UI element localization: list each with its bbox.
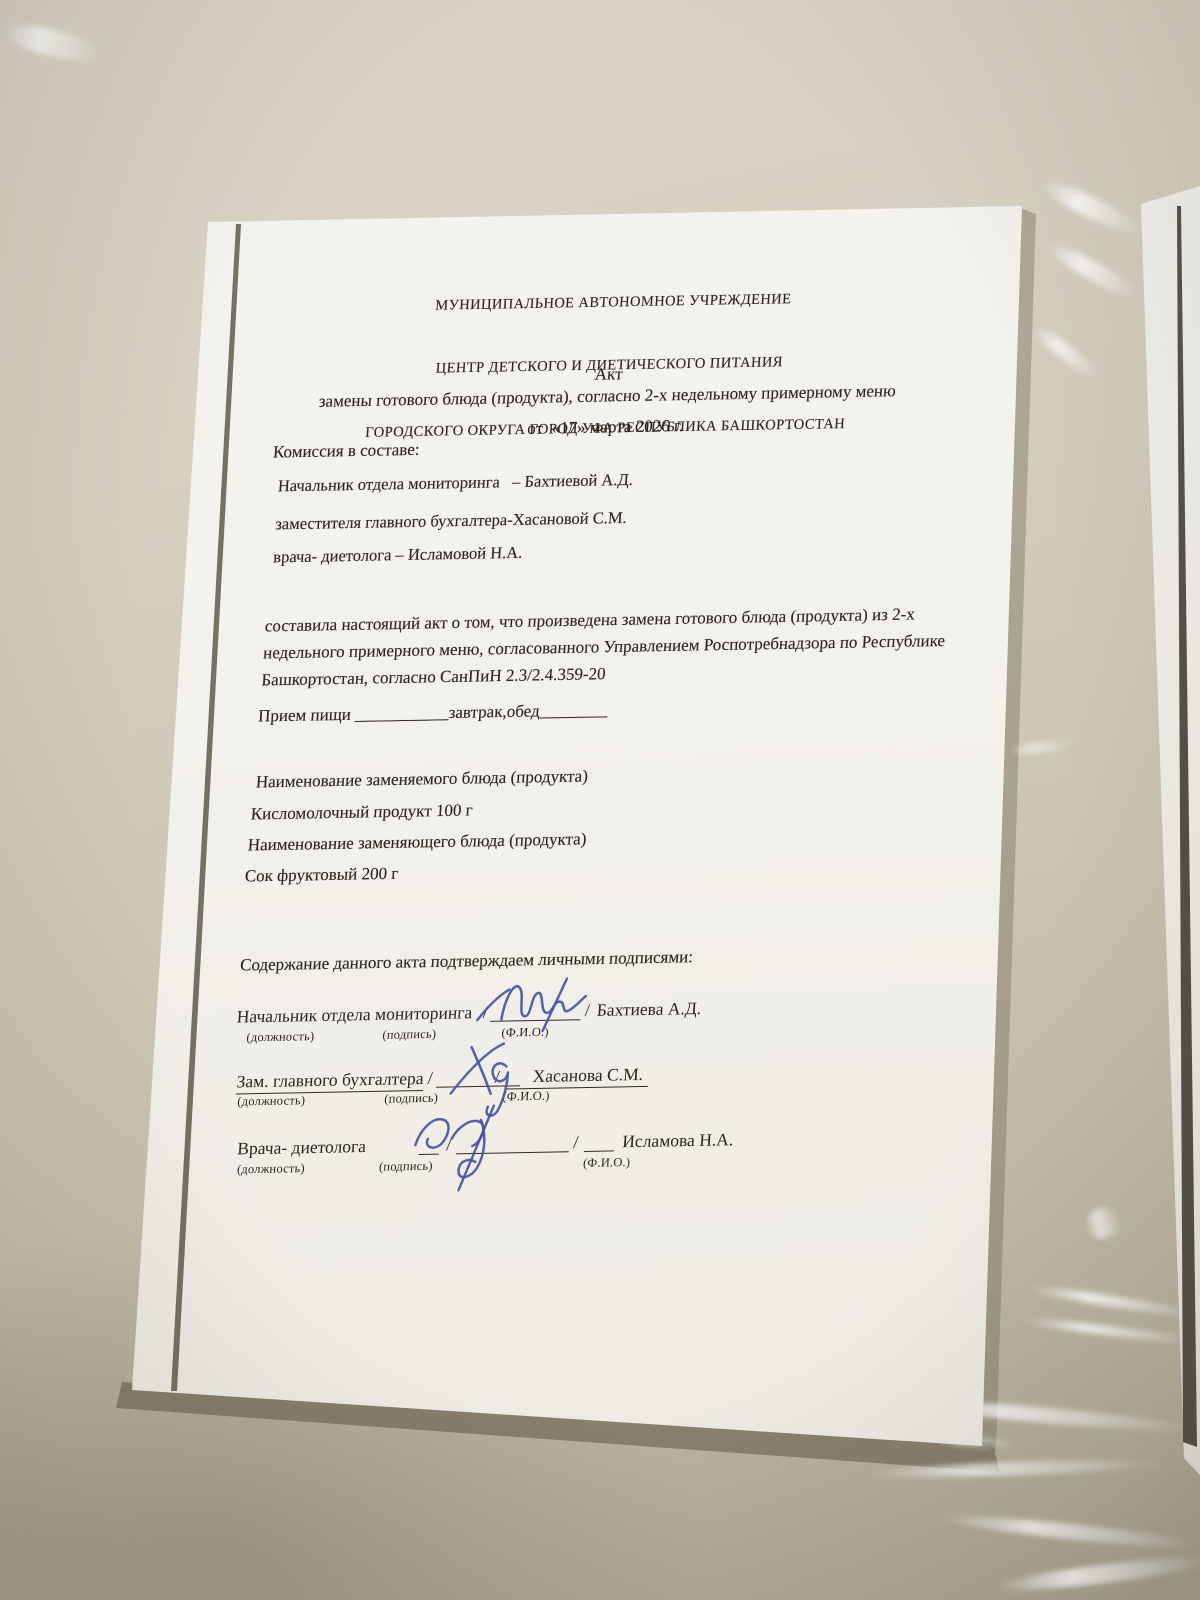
signature-position-label: Зам. главного бухгалтера	[236, 1068, 424, 1094]
signature-position-label: Врача- диетолога	[237, 1136, 367, 1159]
photo-scene: { "scene": { "colors": { "table": "#cfc8…	[0, 0, 1200, 1600]
signature-row: Начальник отдела мониторинга / / Бахтиев…	[230, 993, 954, 1068]
confirmation-line: Содержание данного акта подтверждаем лич…	[240, 947, 694, 975]
signature-caption: (подпись)	[382, 1027, 437, 1043]
body-paragraph: составила настоящий акт о том, что произ…	[261, 600, 960, 694]
replacing-dish-value: Сок фруктовый 200 г	[244, 864, 399, 887]
signature-row: Зам. главного бухгалтера / / Хасанова С.…	[225, 1058, 949, 1133]
commission-member-3: врача- диетолога – Исламовой Н.А.	[273, 543, 523, 568]
replaced-dish-value: Кисломолочный продукт 100 г	[250, 800, 473, 824]
document-content: МУНИЦИПАЛЬНОЕ АВТОНОМНОЕ УЧРЕЖДЕНИЕ ЦЕНТ…	[133, 207, 1022, 1390]
commission-intro: Комиссия в составе:	[272, 440, 420, 463]
position-caption: (должность)	[237, 1093, 306, 1109]
handwritten-signature	[396, 1099, 552, 1197]
org-header-line1: МУНИЦИПАЛЬНОЕ АВТОНОМНОЕ УЧРЕЖДЕНИЕ	[210, 285, 1017, 321]
name-caption: (Ф.И.О.)	[583, 1155, 631, 1171]
replaced-dish-label: Наименование заменяемого блюда (продукта…	[255, 766, 588, 792]
signature-blank-line	[584, 1131, 615, 1152]
signature-position-label: Начальник отдела мониторинга	[236, 1002, 473, 1027]
signature-name: Бахтиева А.Д.	[596, 998, 702, 1021]
position-caption: (должность)	[246, 1029, 315, 1045]
commission-member-2: заместителя главного бухгалтера-Хасаново…	[275, 508, 628, 534]
signature-row: Врача- диетолога / / Исламова Н.А. (долж…	[221, 1125, 945, 1200]
meal-line: Прием пищи ___________завтрак,обед______…	[258, 700, 609, 726]
position-caption: (должность)	[237, 1161, 306, 1177]
slash-separator: /	[573, 1132, 579, 1153]
signature-name: Исламова Н.А.	[622, 1129, 734, 1152]
handwritten-signature	[466, 974, 605, 1038]
replacing-dish-label: Наименование заменяющего блюда (продукта…	[247, 829, 587, 855]
